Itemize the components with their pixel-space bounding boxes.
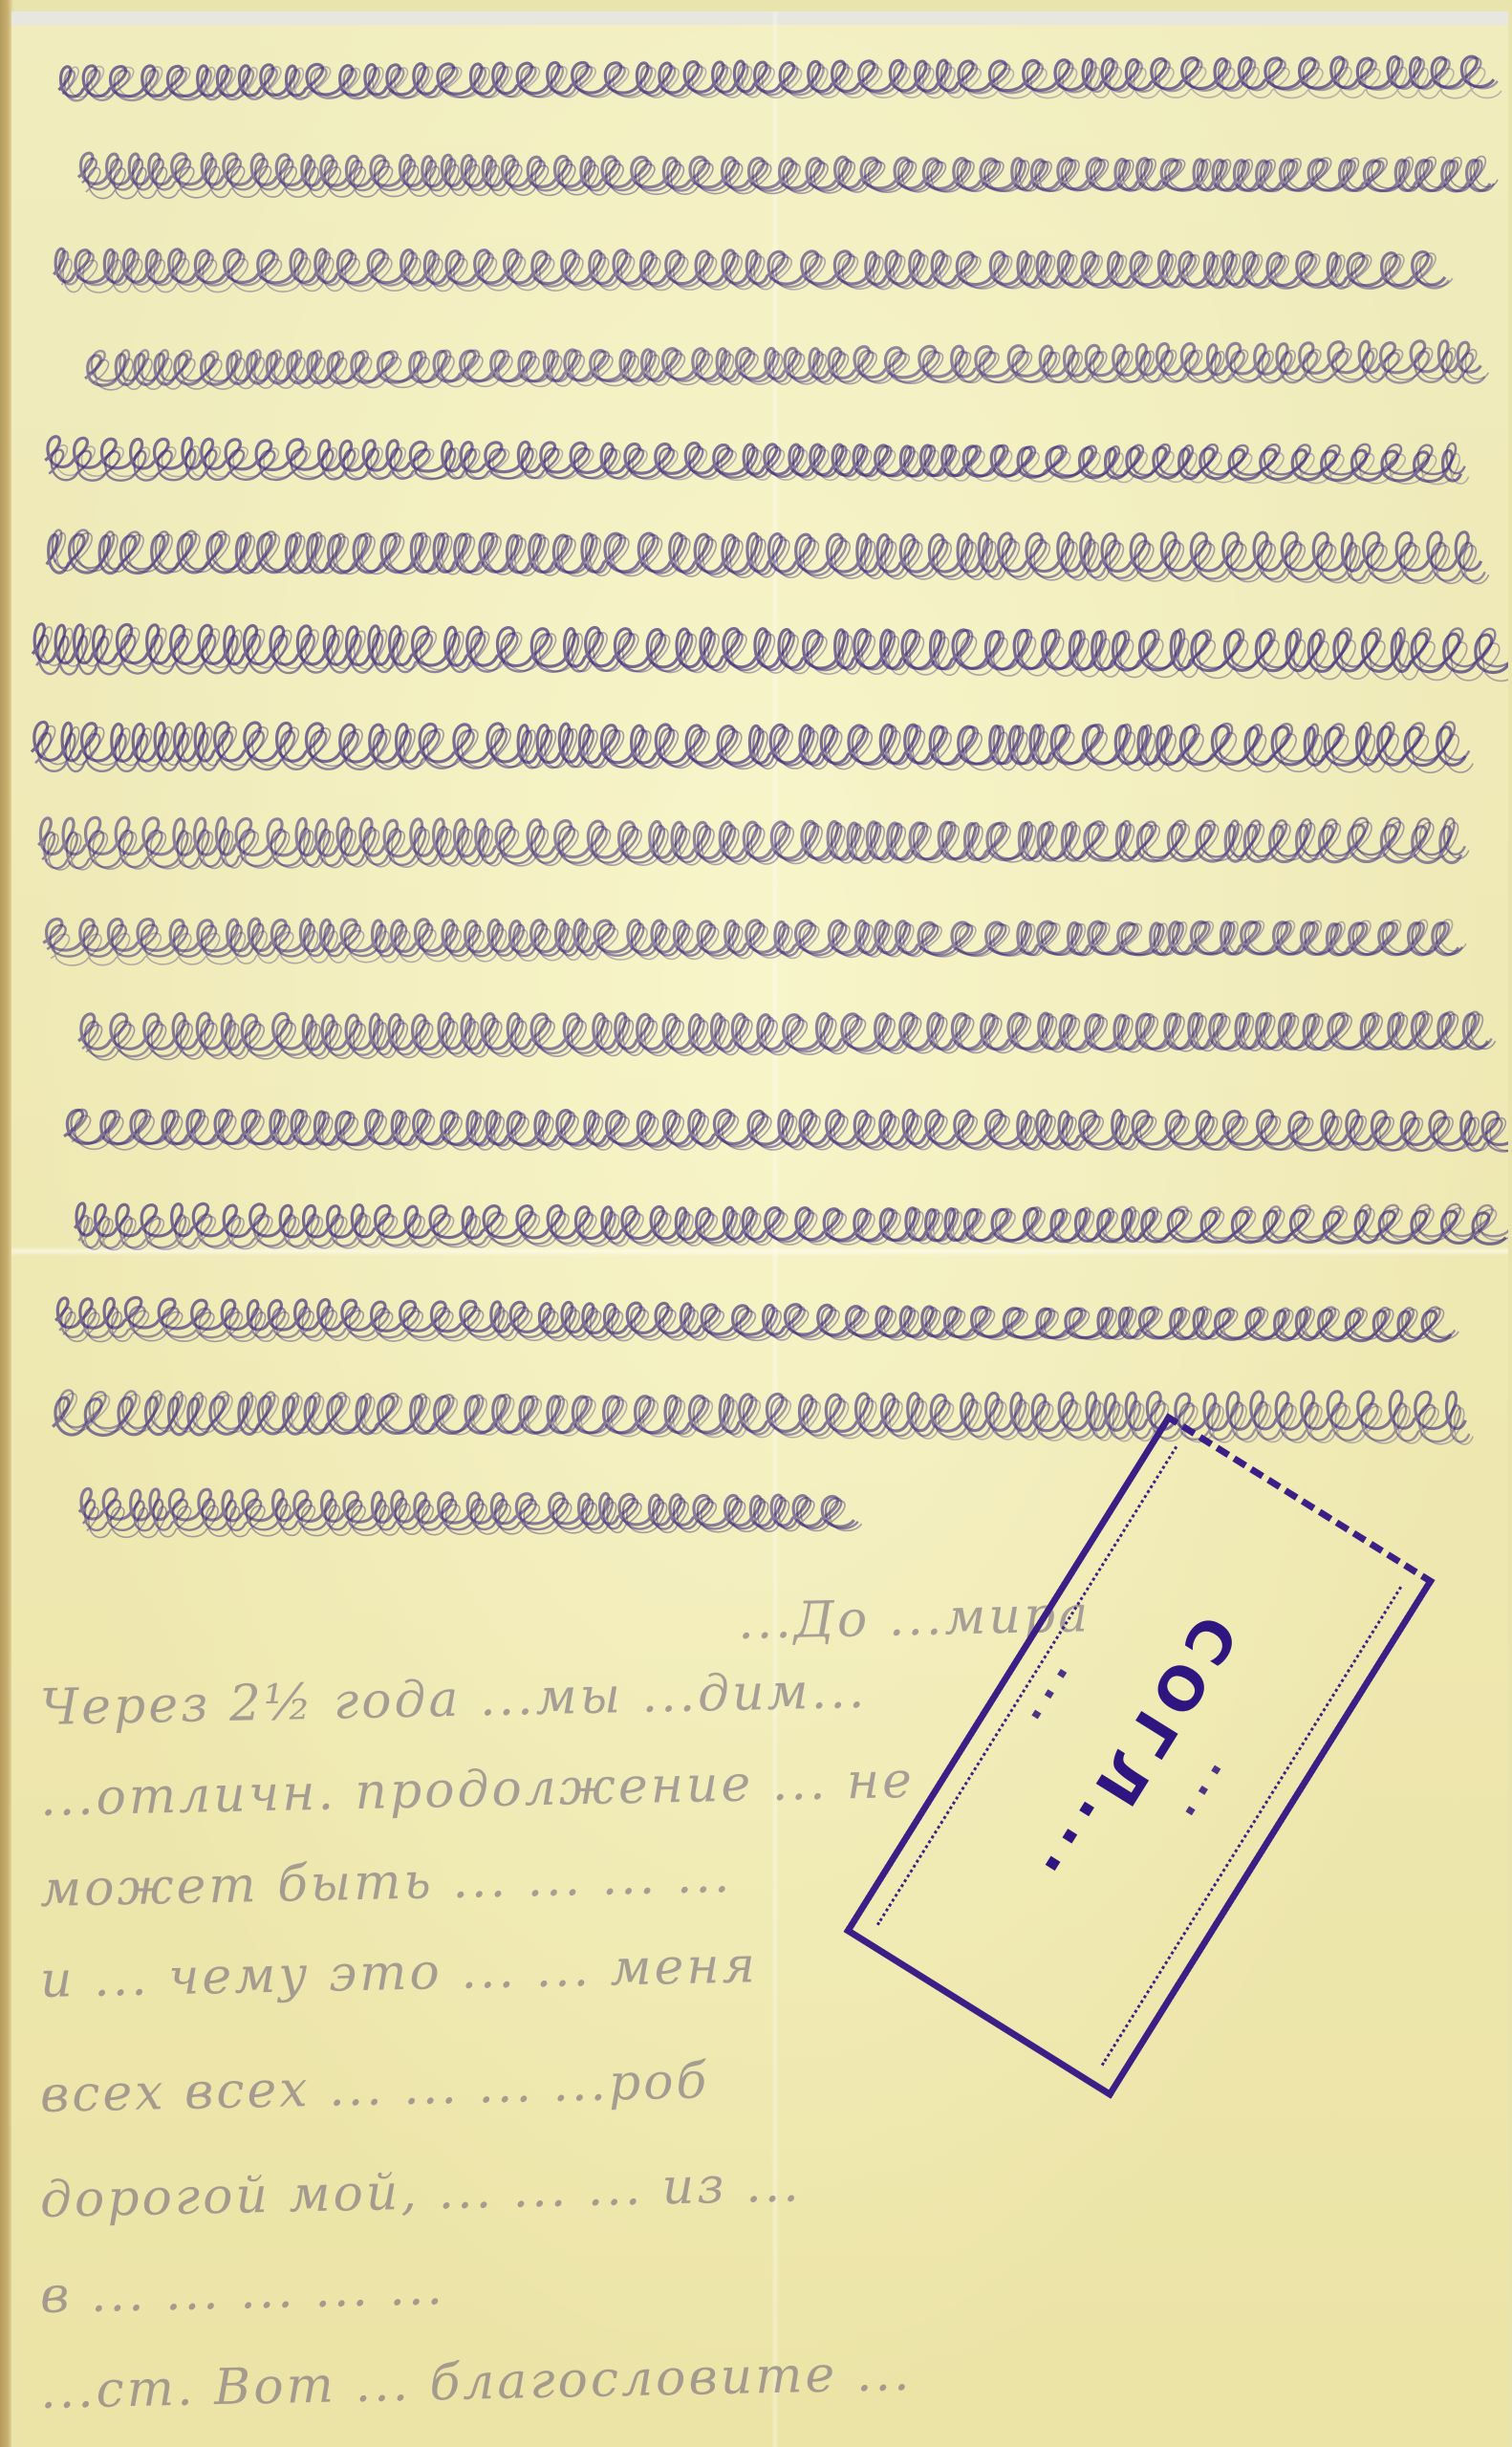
letter-paper: ...До ...мира Через 2½ года ...мы ...дим… <box>11 11 1508 2447</box>
